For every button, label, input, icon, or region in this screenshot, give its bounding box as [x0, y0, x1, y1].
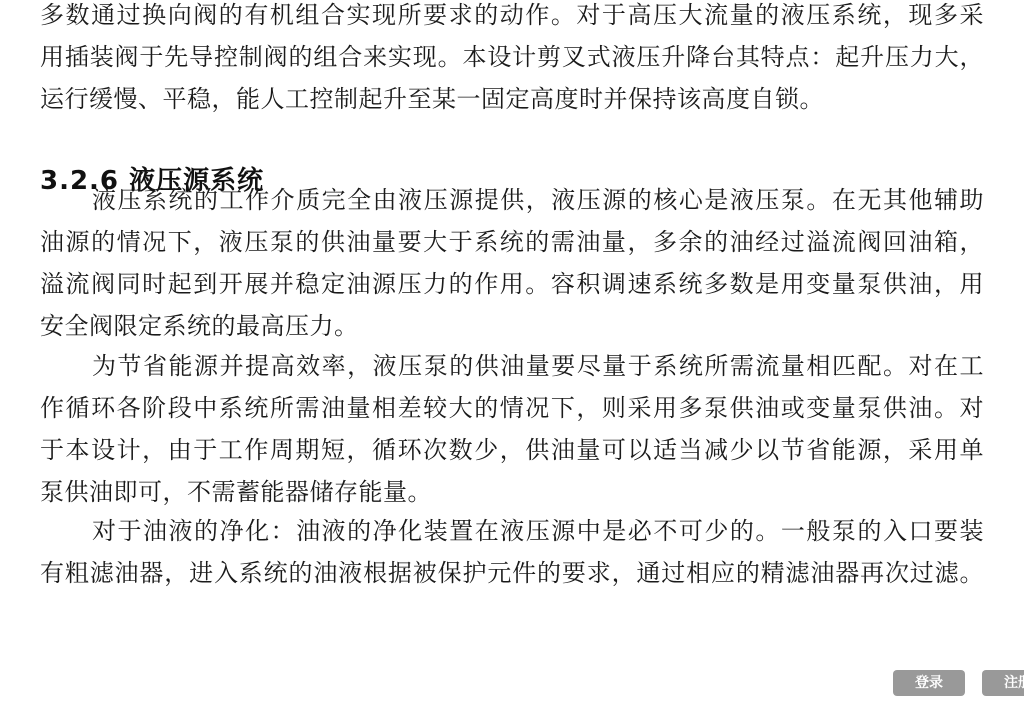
text-line: 于本设计，由于工作周期短，循环次数少，供油量可以适当减少以节省能源，采用单	[40, 429, 984, 471]
text-line: 运行缓慢、平稳，能人工控制起升至某一固定高度时并保持该高度自锁。	[40, 78, 984, 120]
login-button[interactable]: 登录	[893, 670, 965, 696]
text-line: 对于油液的净化：油液的净化装置在液压源中是必不可少的。一般泵的入口要装	[40, 510, 984, 552]
text-line: 作循环各阶段中系统所需油量相差较大的情况下，则采用多泵供油或变量泵供油。对	[40, 387, 984, 429]
document-page: 多数通过换向阀的有机组合实现所要求的动作。对于高压大流量的液压系统，现多采 用插…	[0, 0, 1024, 706]
text-line: 液压系统的工作介质完全由液压源提供，液压源的核心是液压泵。在无其他辅助	[40, 179, 984, 221]
text-line: 用插装阀于先导控制阀的组合来实现。本设计剪叉式液压升降台其特点：起升压力大，	[40, 36, 984, 78]
text-line: 溢流阀同时起到开展并稳定油源压力的作用。容积调速系统多数是用变量泵供油，用	[40, 263, 984, 305]
text-line: 有粗滤油器，进入系统的油液根据被保护元件的要求，通过相应的精滤油器再次过滤。	[40, 552, 984, 594]
text-line: 为节省能源并提高效率，液压泵的供油量要尽量于系统所需流量相匹配。对在工	[40, 345, 984, 387]
text-line: 油源的情况下，液压泵的供油量要大于系统的需油量，多余的油经过溢流阀回油箱，	[40, 221, 984, 263]
text-line: 多数通过换向阀的有机组合实现所要求的动作。对于高压大流量的液压系统，现多采	[40, 0, 984, 36]
register-button[interactable]: 注册	[982, 670, 1024, 696]
text-line: 安全阀限定系统的最高压力。	[40, 305, 984, 347]
paragraph-1: 多数通过换向阀的有机组合实现所要求的动作。对于高压大流量的液压系统，现多采 用插…	[40, 0, 984, 120]
paragraph-2: 液压系统的工作介质完全由液压源提供，液压源的核心是液压泵。在无其他辅助 油源的情…	[40, 179, 984, 347]
paragraph-3: 为节省能源并提高效率，液压泵的供油量要尽量于系统所需流量相匹配。对在工 作循环各…	[40, 345, 984, 513]
text-line: 泵供油即可，不需蓄能器储存能量。	[40, 471, 984, 513]
paragraph-4: 对于油液的净化：油液的净化装置在液压源中是必不可少的。一般泵的入口要装 有粗滤油…	[40, 510, 984, 594]
